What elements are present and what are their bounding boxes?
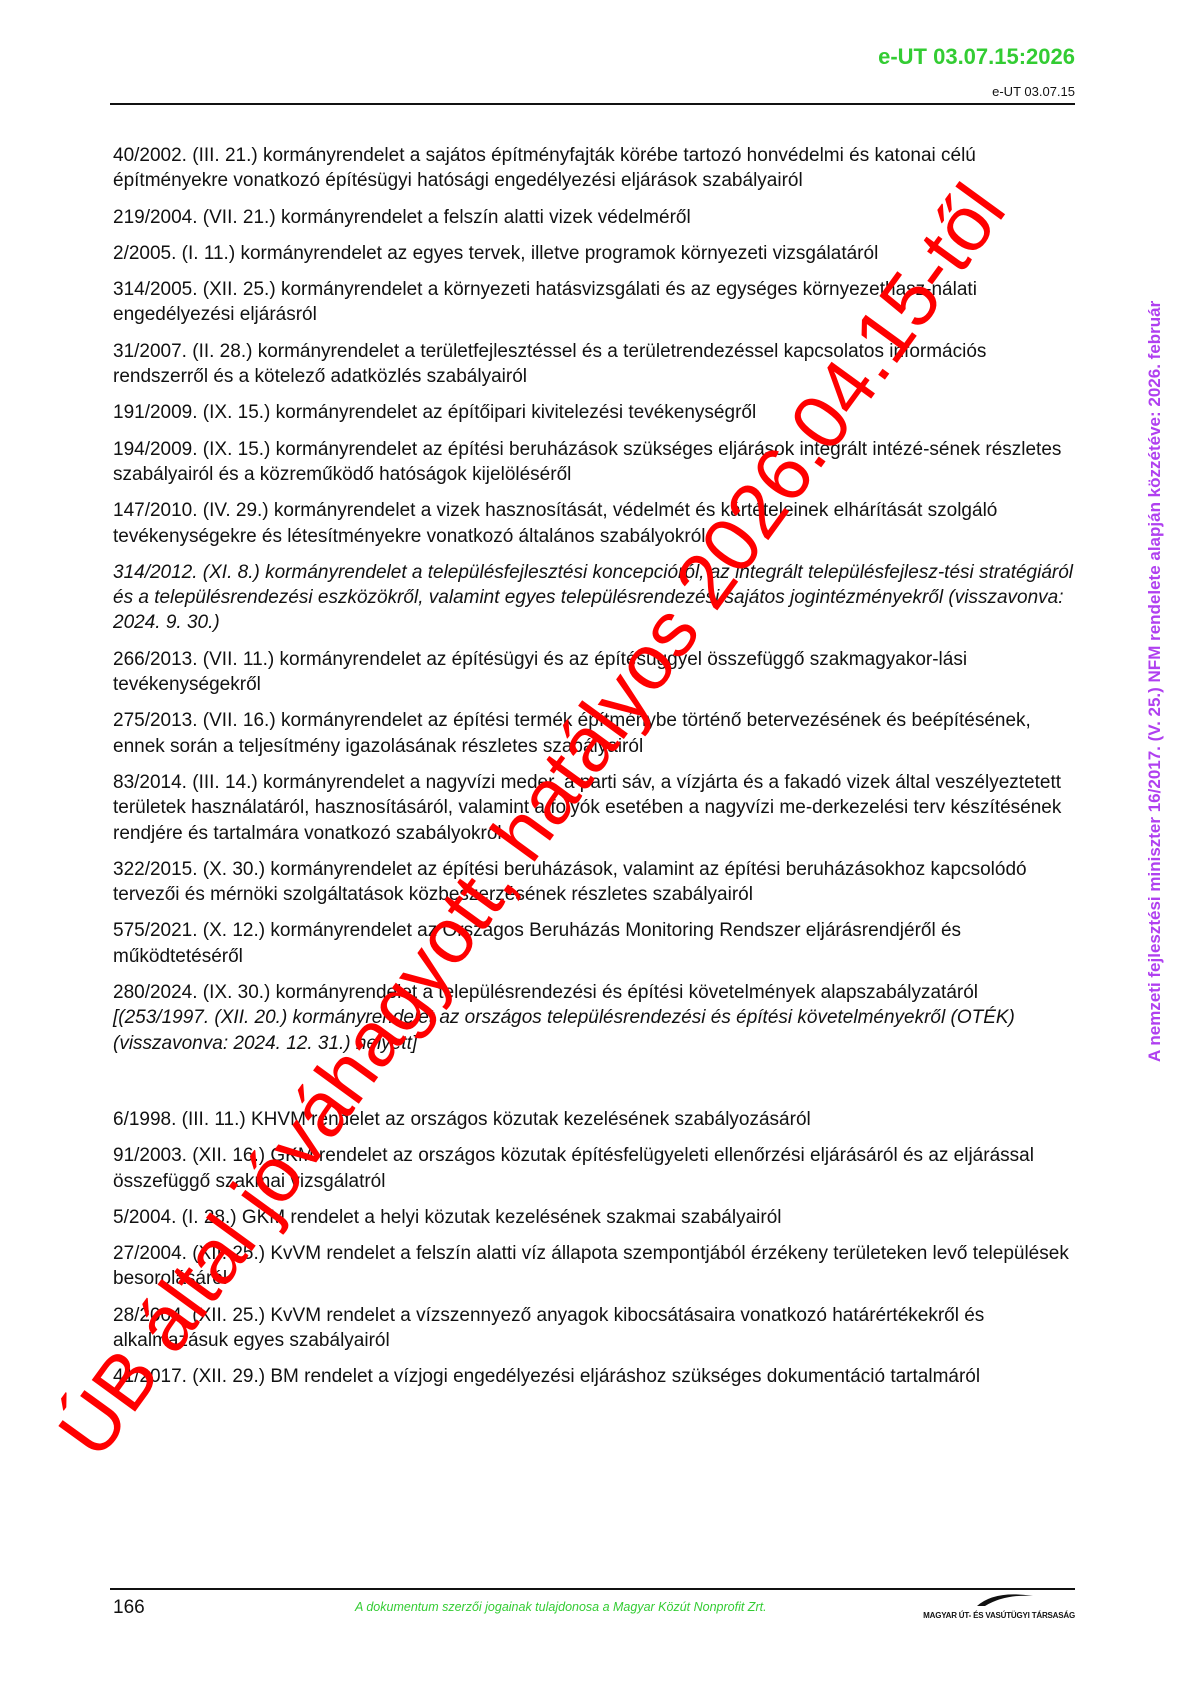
list-item: 191/2009. (IX. 15.) kormányrendelet az é… (113, 400, 1078, 425)
section-gap (113, 1067, 1078, 1107)
list-item: 40/2002. (III. 21.) kormányrendelet a sa… (113, 143, 1078, 194)
regulation-title: 266/2013. (VII. 11.) kormányrendelet az … (113, 649, 967, 695)
regulation-title: 314/2012. (XI. 8.) kormányrendelet a tel… (113, 562, 1073, 634)
header-divider (110, 103, 1075, 105)
regulation-title: 41/2017. (XII. 29.) BM rendelet a vízjog… (113, 1366, 980, 1387)
list-item: 28/2004. (XII. 25.) KvVM rendelet a vízs… (113, 1303, 1078, 1354)
list-item: 280/2024. (IX. 30.) kormányrendelet a te… (113, 980, 1078, 1056)
regulation-note: [(253/1997. (XII. 20.) kormányrendelet a… (113, 1005, 1078, 1056)
regulation-title: 28/2004. (XII. 25.) KvVM rendelet a vízs… (113, 1305, 984, 1351)
regulation-title: 6/1998. (III. 11.) KHVM rendelet az orsz… (113, 1109, 811, 1130)
logo-swoosh-icon (975, 1590, 1035, 1608)
document-code: e-UT 03.07.15:2026 (878, 44, 1075, 70)
logo-text: MAGYAR ÚT- ÉS VASÚTÜGYI TÁRSASÁG (923, 1611, 1075, 1620)
regulation-title: 219/2004. (VII. 21.) kormányrendelet a f… (113, 207, 691, 228)
regulation-title: 2/2005. (I. 11.) kormányrendelet az egye… (113, 243, 878, 264)
list-item: 194/2009. (IX. 15.) kormányrendelet az é… (113, 437, 1078, 488)
regulation-title: 191/2009. (IX. 15.) kormányrendelet az é… (113, 402, 756, 423)
copyright-notice: A dokumentum szerzői jogainak tulajdonos… (355, 1600, 767, 1614)
list-item: 41/2017. (XII. 29.) BM rendelet a vízjog… (113, 1364, 1078, 1389)
regulation-title: 40/2002. (III. 21.) kormányrendelet a sa… (113, 145, 976, 191)
page-number: 166 (113, 1597, 145, 1619)
list-item: 31/2007. (II. 28.) kormányrendelet a ter… (113, 339, 1078, 390)
document-code-short: e-UT 03.07.15 (992, 84, 1075, 99)
list-item: 322/2015. (X. 30.) kormányrendelet az ép… (113, 857, 1078, 908)
publication-note: A nemzeti fejlesztési miniszter 16/2017.… (1145, 301, 1165, 1062)
list-item: 147/2010. (IV. 29.) kormányrendelet a vi… (113, 498, 1078, 549)
regulation-title: 575/2021. (X. 12.) kormányrendelet az Or… (113, 920, 961, 966)
list-item: 314/2012. (XI. 8.) kormányrendelet a tel… (113, 560, 1078, 636)
regulation-title: 147/2010. (IV. 29.) kormányrendelet a vi… (113, 500, 997, 546)
company-logo: MAGYAR ÚT- ÉS VASÚTÜGYI TÁRSASÁG (890, 1588, 1075, 1624)
regulation-title: 322/2015. (X. 30.) kormányrendelet az ép… (113, 859, 1027, 905)
regulation-title: 194/2009. (IX. 15.) kormányrendelet az é… (113, 439, 1061, 485)
list-item: 575/2021. (X. 12.) kormányrendelet az Or… (113, 918, 1078, 969)
regulation-title: 280/2024. (IX. 30.) kormányrendelet a te… (113, 982, 978, 1003)
